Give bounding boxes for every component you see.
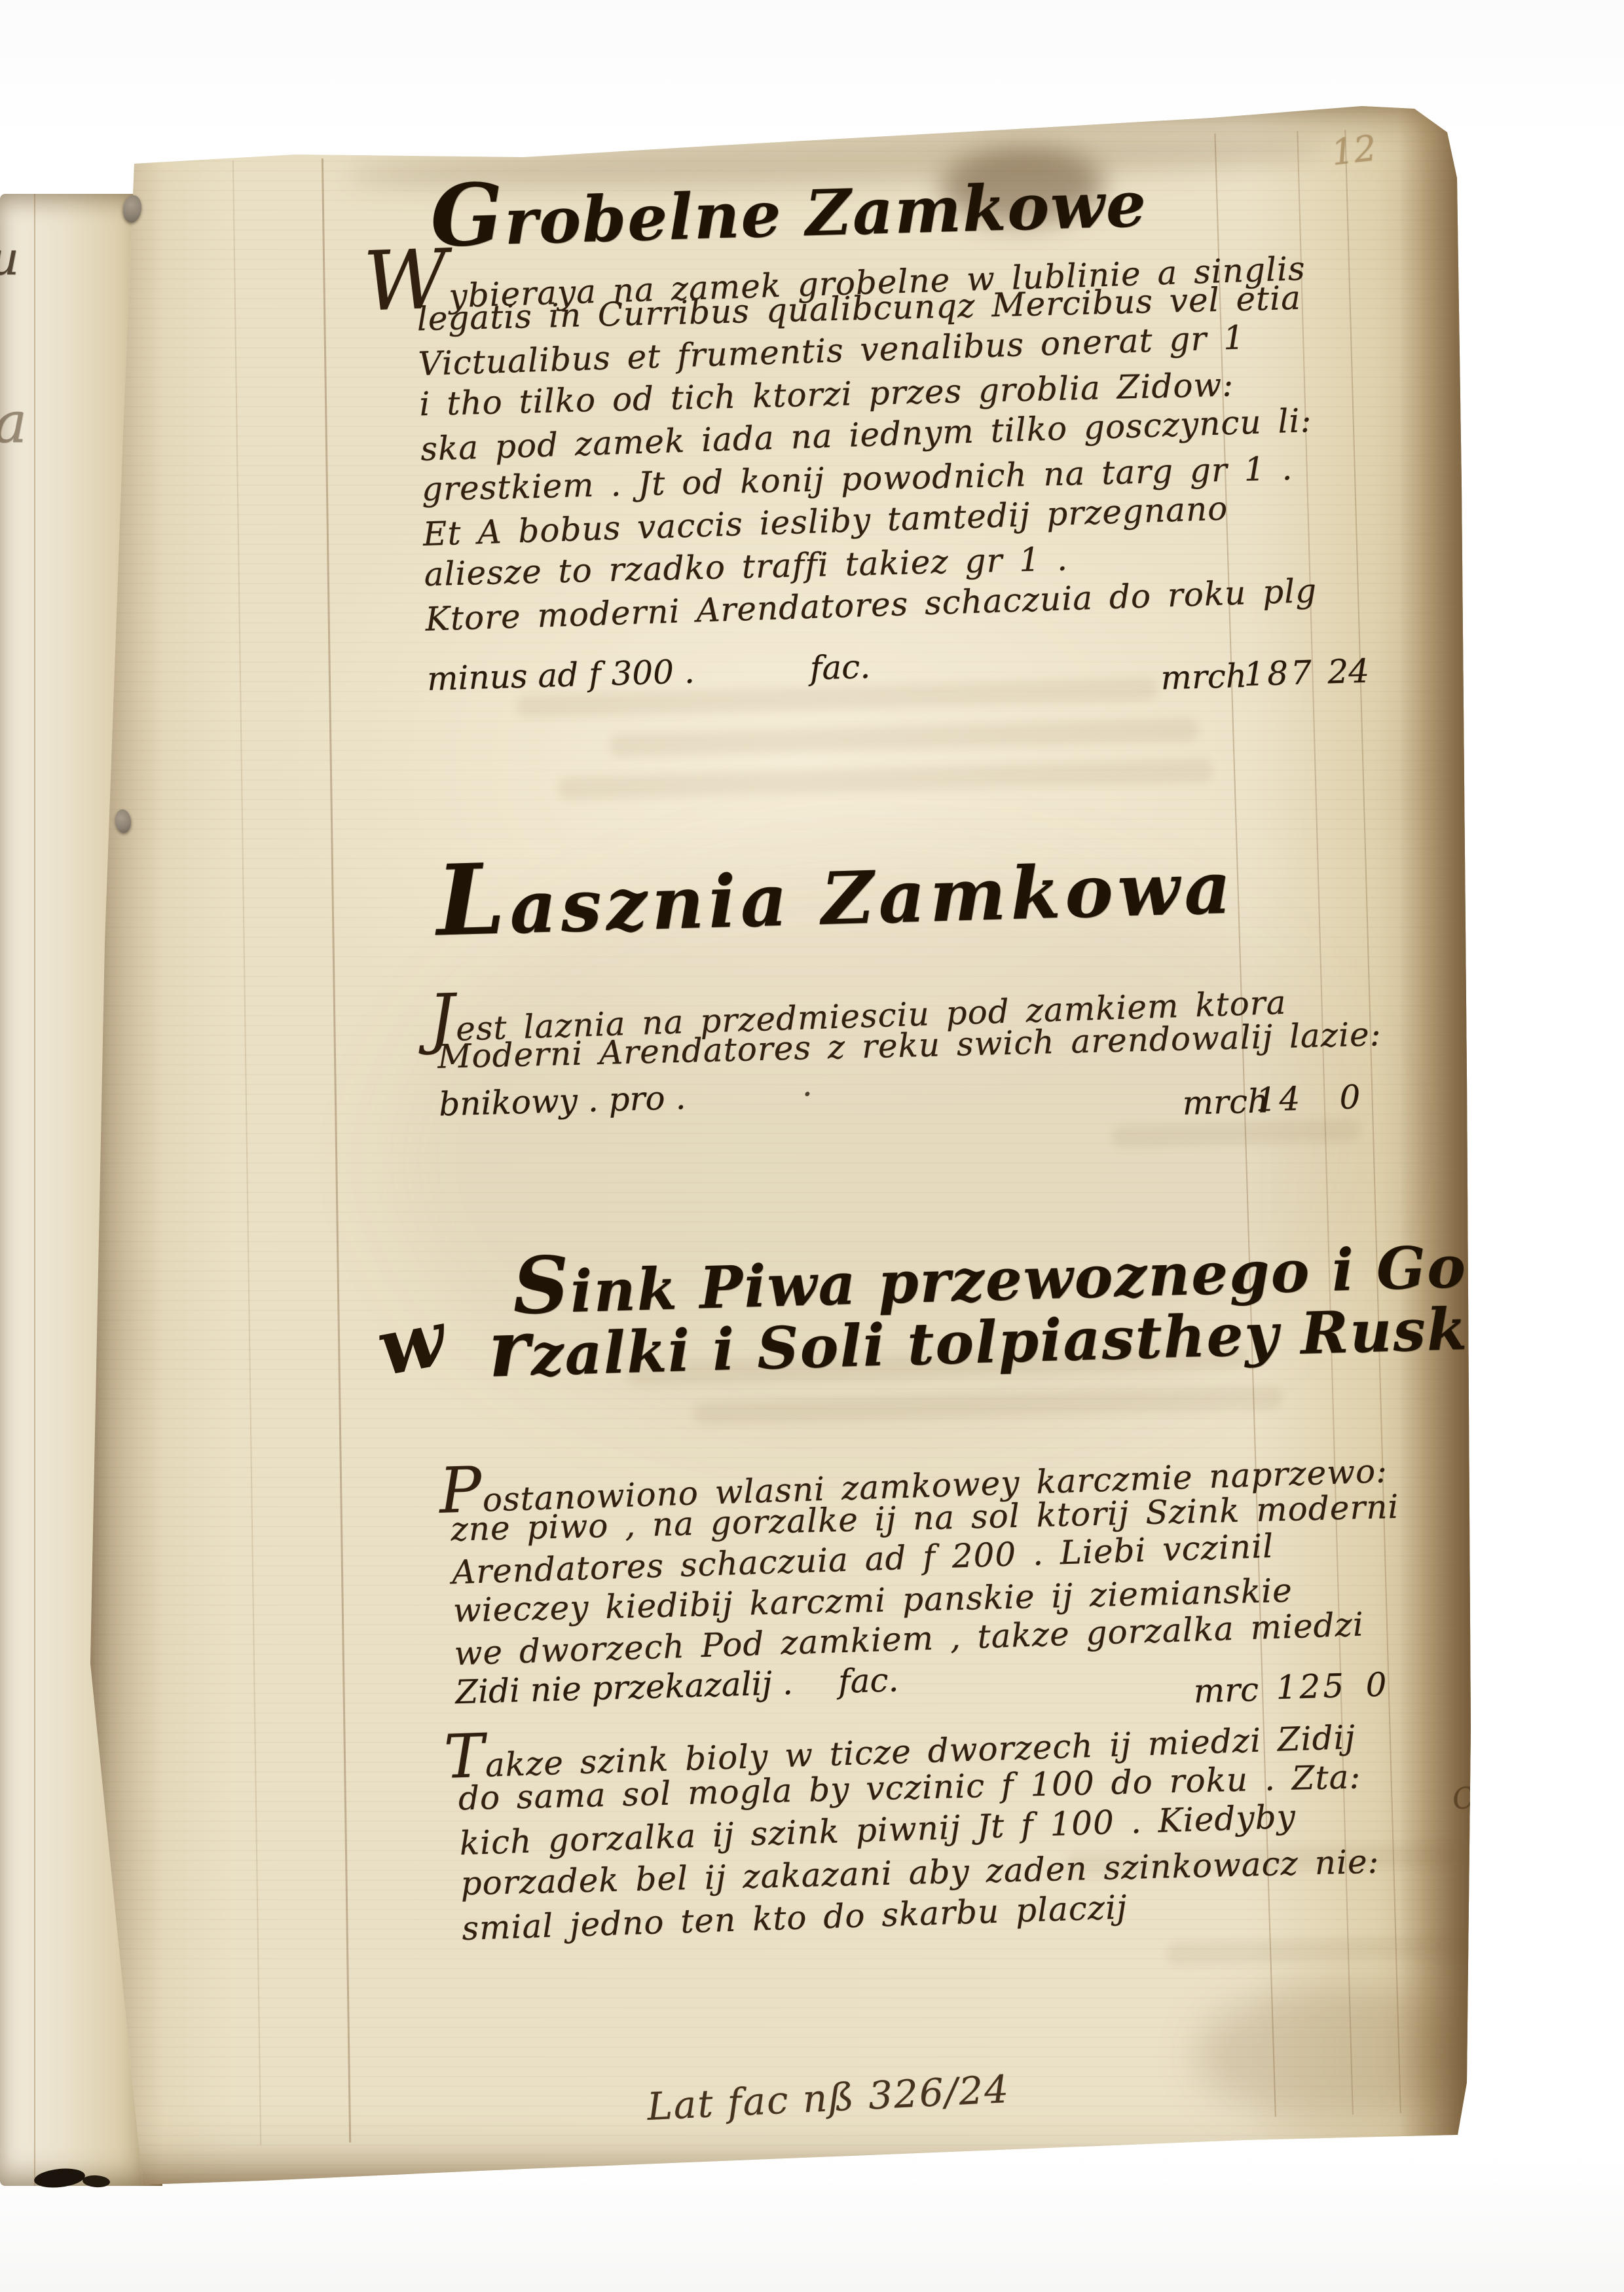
manuscript-leaf: 12 Grobelne Zamkowe Wybieraya na zamek g… (65, 92, 1473, 2194)
amount-row-text: bnikowy . pro . (438, 1079, 686, 1124)
margin-note-consilium: Consiliū (1450, 1766, 1572, 1817)
writing-area: 12 Grobelne Zamkowe Wybieraya na zamek g… (134, 127, 1511, 2137)
heading-flourish-letter: w (371, 1292, 452, 1394)
amount-value: 14 (1255, 1080, 1303, 1119)
ruled-line-faint-left (232, 161, 261, 2145)
currency-unit: mrc (1193, 1671, 1259, 1710)
amount-minor-value: 0 (1339, 1078, 1361, 1117)
amount-value: 125 (1276, 1667, 1347, 1707)
folio-number: 12 (1329, 127, 1379, 173)
bleedthrough-text-ghost (1166, 1934, 1481, 1965)
bleedthrough-text-ghost (609, 718, 1199, 757)
fac-abbreviation: fac. (838, 1661, 899, 1701)
scanned-manuscript-page: u a 12 (0, 0, 1624, 2292)
paragraph-szynk: Postanowiono wlasni zamkowey karczmie na… (449, 1447, 1371, 1676)
amount-minor-value: 0 (1365, 1666, 1387, 1705)
cutoff-letter-fragment: a (0, 390, 27, 456)
bottom-annotation: Lat fac nß 326/24 (646, 2067, 1011, 2129)
paragraph-szynk-continued: Takze szink bioly w ticze dworzech ij mi… (456, 1714, 1379, 1953)
amount-value: 187 (1244, 654, 1315, 693)
section-heading-laznia: Lasznia Zamkowa (435, 823, 1236, 959)
bleedthrough-text-ghost (557, 759, 1213, 800)
ruled-line-left-margin (322, 158, 351, 2143)
fac-abbreviation: fac. (809, 648, 871, 688)
paragraph-grobelne: Wybieraya na zamek grobelne w lublinie a… (415, 235, 1342, 644)
currency-unit: mrch (1160, 657, 1247, 697)
amount-minor-value: 24 (1327, 652, 1370, 692)
cutoff-letter-fragment: u (0, 232, 19, 286)
fac-abbreviation: · (802, 1075, 813, 1113)
facing-page-rule-line (34, 194, 35, 2186)
amount-row-text: minus ad f 300 . (426, 652, 695, 697)
